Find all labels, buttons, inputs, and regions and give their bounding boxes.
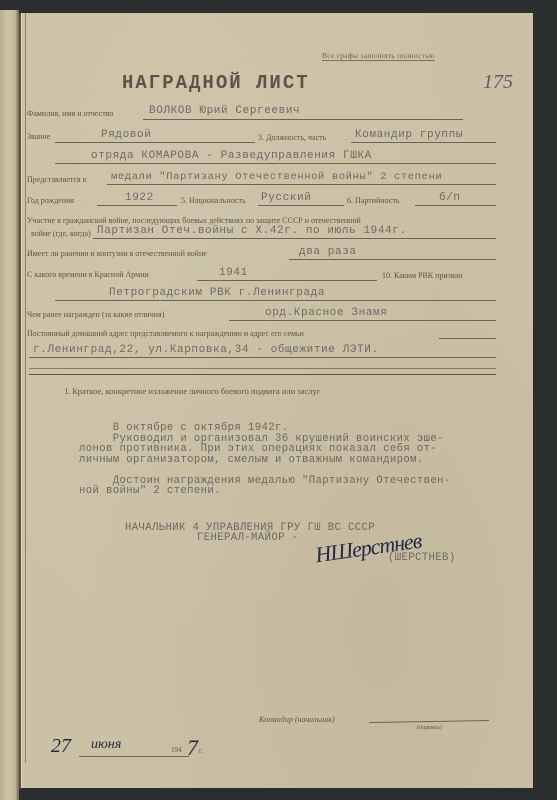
value-home-address: г.Ленинград,22, ул.Карповка,34 - общежит… xyxy=(33,344,379,356)
date-day: 27 xyxy=(51,735,71,758)
label-commander: Командир (начальник) xyxy=(259,715,335,724)
value-wounds: два раза xyxy=(299,246,357,258)
section-heading-feat: I. Краткое, конкретное изложение личного… xyxy=(65,386,320,396)
narrative-line: личным организатором, смелым и отважным … xyxy=(79,455,451,466)
rule-nominated-for xyxy=(107,184,496,185)
rule-nationality xyxy=(258,205,344,206)
book-binding-edge xyxy=(0,10,19,800)
label-rank: Звание xyxy=(27,132,50,141)
narrative-line: В октябре с октября 1942г. xyxy=(79,423,451,434)
signatory-name: (ШЕРСТНЕВ) xyxy=(388,553,456,564)
value-unit: отряда КОМАРОВА - Разведуправления ГШКА xyxy=(91,150,372,162)
rule-commander-signature xyxy=(369,720,489,723)
date-year-suffix: 7 xyxy=(187,735,198,761)
rule-date xyxy=(79,756,189,757)
label-party: 6. Партийность xyxy=(347,196,399,205)
label-position: 3. Должность, часть xyxy=(258,133,326,142)
caption-signature: (подпись) xyxy=(417,725,442,731)
value-party: б/п xyxy=(439,192,461,204)
rule-birth-year xyxy=(97,205,177,206)
label-birth-year: Год рождения xyxy=(27,196,74,205)
label-conscription-office: 10. Каким РВК призван xyxy=(382,271,462,280)
rule-full-name xyxy=(143,119,463,120)
value-red-army-since: 1941 xyxy=(219,267,248,279)
label-war-participation-where: войне (где, когда) xyxy=(31,229,91,238)
rule-unit xyxy=(55,163,496,164)
award-sheet-page: Все графы заполнять полностью НАГРАДНОЙ … xyxy=(21,13,533,788)
value-birth-year: 1922 xyxy=(125,192,154,204)
value-nominated-for: медали "Партизану Отечественной войны" 2… xyxy=(111,171,442,183)
rule-war-participation xyxy=(93,238,496,239)
separator-rule-1 xyxy=(29,368,496,369)
label-red-army-since: С какого времени в Красной Армии xyxy=(27,270,149,279)
rule-wounds xyxy=(289,259,496,260)
rule-red-army-since xyxy=(197,280,377,281)
label-previous-awards: Чем ранее награжден (за какие отличия) xyxy=(27,310,164,319)
rule-conscription-office xyxy=(55,300,496,301)
date-year-postfix: г. xyxy=(199,747,203,755)
value-position: Командир группы xyxy=(355,129,463,141)
narrative-line: ной войны" 2 степени. xyxy=(79,486,451,497)
signatory-rank: ГЕНЕРАЛ-МАЙОР - xyxy=(197,533,298,544)
rule-previous-awards xyxy=(229,320,496,321)
narrative-line: лонов противника. При этих операциях пок… xyxy=(79,444,451,455)
value-conscription-office: Петроградским РВК г.Ленинграда xyxy=(109,287,325,299)
margin-rule xyxy=(25,13,26,763)
value-war-participation: Партизан Отеч.войны с X.42г. по июль 194… xyxy=(97,225,407,237)
value-nationality: Русский xyxy=(261,192,311,204)
document-title: НАГРАДНОЙ ЛИСТ xyxy=(122,72,310,94)
label-full-name: Фамилия, имя и отчество xyxy=(27,109,113,118)
rule-party xyxy=(415,205,496,206)
date-month: июня xyxy=(91,737,121,753)
label-wounds: Имеет ли ранения и контузии в отечествен… xyxy=(27,249,207,258)
feat-narrative: В октябре с октября 1942г. Руководил и о… xyxy=(79,423,451,497)
narrative-line xyxy=(79,465,451,476)
instruction-note: Все графы заполнять полностью xyxy=(322,51,435,61)
value-full-name: ВОЛКОВ Юрий Сергеевич xyxy=(149,105,300,117)
label-war-participation: Участие в гражданской войне, последующих… xyxy=(27,216,361,225)
label-nominated-for: Представляется к xyxy=(27,175,87,184)
separator-rule-2 xyxy=(29,374,496,375)
value-previous-awards: орд.Красное Знамя xyxy=(265,307,387,319)
rule-home-address xyxy=(29,357,496,358)
value-rank: Рядовой xyxy=(101,129,151,141)
rule-rank xyxy=(55,142,255,143)
label-home-address: Постоянный домашний адрес представляемог… xyxy=(27,329,304,338)
rule-position xyxy=(351,142,496,143)
label-nationality: 5. Национальность xyxy=(181,196,246,205)
date-year-prefix: 194 xyxy=(171,746,182,754)
archive-page-number: 175 xyxy=(483,71,513,94)
rule-home-address-tail xyxy=(439,338,496,339)
